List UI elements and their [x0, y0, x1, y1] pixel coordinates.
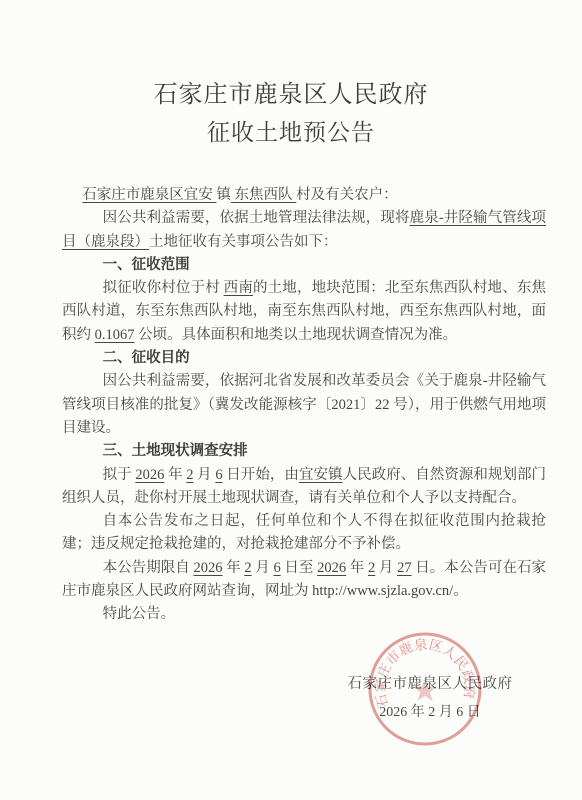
document-body: 石家庄市鹿泉区宜安 镇 东焦西队 村及有关农户：因公共利益需要，依据土地管理法律…	[62, 184, 546, 627]
text-segment: 土地征收有关事项公告如下：	[149, 234, 338, 250]
text-segment: 年	[346, 560, 368, 576]
text-segment: 自本公告发布之日起，任何单位和个人不得在拟征收范围内抢栽抢建；违反规定抢栽抢建的…	[62, 513, 546, 552]
underlined-text: 2026	[193, 560, 222, 576]
paragraph: 因公共利益需要，依据河北省发展和改革委员会《关于鹿泉-井陉输气管线项目核准的批复…	[62, 370, 546, 440]
text-segment: 村及有关农户：	[296, 187, 398, 203]
text-segment: 年	[164, 467, 186, 483]
underlined-text: 2026	[135, 467, 164, 483]
text-segment: 拟征收你村位于村	[103, 280, 224, 296]
paragraph: 因公共利益需要，依据土地管理法律法规，现将鹿泉-井陉输气管线项目（鹿泉段）土地征…	[62, 207, 546, 254]
text-segment: 因公共利益需要，依据河北省发展和改革委员会《关于鹿泉-井陉输气管线项目核准的批复…	[62, 373, 546, 436]
underlined-text: 2026	[317, 560, 346, 576]
paragraph: 拟于 2026 年 2 月 6 日开始，由宜安镇人民政府、自然资源和规划部门组织…	[62, 464, 546, 511]
document-title: 石家庄市鹿泉区人民政府 征收土地预公告	[0, 80, 582, 147]
text-segment: 拟于	[103, 467, 136, 483]
text-segment: 三、土地现状调查安排	[103, 443, 248, 459]
title-line-1: 石家庄市鹿泉区人民政府	[0, 80, 582, 110]
text-segment: 月	[252, 560, 274, 576]
signature-block: 石家庄市鹿泉区人民政府 2026 年 2 月 6 日	[335, 675, 525, 722]
section-heading: 二、征收目的	[62, 347, 546, 370]
text-segment: 二、征收目的	[103, 350, 190, 366]
paragraph: 石家庄市鹿泉区宜安 镇 东焦西队 村及有关农户：	[62, 184, 546, 207]
paragraph: 本公告期限自 2026 年 2 月 6 日至 2026 年 2 月 27 日。本…	[62, 557, 546, 604]
text-segment: 本公告期限自	[103, 560, 194, 576]
text-segment: 镇	[216, 187, 231, 203]
paragraph: 自本公告发布之日起，任何单位和个人不得在拟征收范围内抢栽抢建；违反规定抢栽抢建的…	[62, 510, 546, 557]
text-segment: 公顷。具体面积和地类以土地现状调查情况为准。	[135, 327, 458, 343]
signature-date: 2026 年 2 月 6 日	[335, 704, 525, 722]
underlined-text: 东焦西队	[231, 187, 296, 203]
signature-org: 石家庄市鹿泉区人民政府	[335, 675, 525, 694]
underlined-text: 6	[215, 467, 222, 483]
text-segment: 日开始，由	[223, 467, 299, 483]
text-segment: 一、征收范围	[103, 257, 190, 273]
paragraph: 特此公告。	[62, 603, 546, 626]
underlined-text: 2	[244, 560, 251, 576]
underlined-text: 石家庄市鹿泉区宜安	[82, 187, 216, 203]
underlined-text: 6	[273, 560, 280, 576]
text-segment: 年	[222, 560, 244, 576]
paragraph: 拟征收你村位于村 西南的土地，地块范围：北至东焦西队村地、东焦西队村道，东至东焦…	[62, 277, 546, 347]
text-segment: 因公共利益需要，依据土地管理法律法规，现将	[103, 210, 410, 226]
underlined-text: 27	[397, 560, 412, 576]
text-segment: 月	[375, 560, 397, 576]
title-line-2: 征收土地预公告	[0, 117, 582, 147]
section-heading: 一、征收范围	[62, 254, 546, 277]
underlined-text: 西南	[224, 280, 253, 296]
underlined-text: 宜安镇	[299, 467, 343, 483]
document-page: 石家庄市鹿泉区人民政府 征收土地预公告 石家庄市鹿泉区宜安 镇 东焦西队 村及有…	[0, 0, 582, 800]
section-heading: 三、土地现状调查安排	[62, 440, 546, 463]
underlined-text: 0.1067	[95, 327, 135, 343]
text-segment: 特此公告。	[103, 606, 176, 622]
text-segment: 月	[193, 467, 215, 483]
text-segment: 日至	[281, 560, 317, 576]
